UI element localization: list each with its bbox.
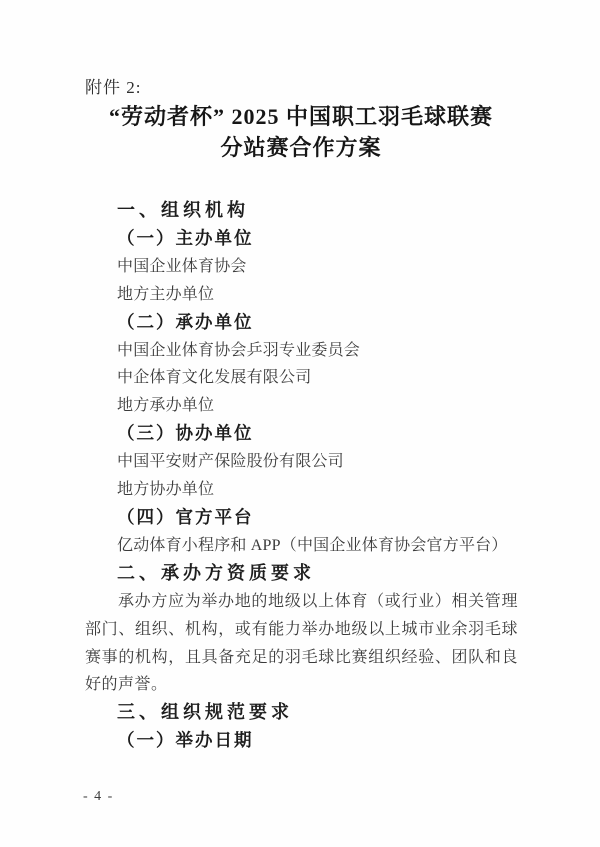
local-co-organizer-unit-line: 地方协办单位 (85, 476, 518, 504)
title-line-1: “劳动者杯” 2025 中国职工羽毛球联赛 (84, 101, 518, 132)
attachment-label: 附件 2: (85, 77, 141, 99)
subheading-event-date: （一）举办日期 (85, 727, 518, 755)
document-body: 一、组织机构 （一）主办单位 中国企业体育协会 地方主办单位 （二）承办单位 中… (85, 197, 518, 755)
subheading-host-unit: （一）主办单位 (85, 225, 518, 253)
document-title: “劳动者杯” 2025 中国职工羽毛球联赛 分站赛合作方案 (84, 101, 518, 163)
co-organizer-unit-line: 中国平安财产保险股份有限公司 (85, 448, 518, 476)
section-1-heading: 一、组织机构 (85, 197, 518, 225)
local-organizer-unit-line: 地方承办单位 (85, 392, 518, 420)
subheading-co-organizer-unit: （三）协办单位 (85, 420, 518, 448)
organizer-unit-line-2: 中企体育文化发展有限公司 (85, 364, 518, 392)
local-host-unit-line: 地方主办单位 (85, 281, 518, 309)
host-unit-line: 中国企业体育协会 (85, 253, 518, 281)
page-number: - 4 - (83, 789, 114, 805)
section-3-heading: 三、组织规范要求 (85, 699, 518, 727)
organizer-unit-line-1: 中国企业体育协会乒羽专业委员会 (85, 337, 518, 365)
title-line-2: 分站赛合作方案 (84, 132, 518, 163)
section-2-heading: 二、承办方资质要求 (85, 560, 518, 588)
document-page: 附件 2: “劳动者杯” 2025 中国职工羽毛球联赛 分站赛合作方案 一、组织… (0, 0, 600, 847)
qualification-requirements-paragraph: 承办方应为举办地的地级以上体育（或行业）相关管理部门、组织、机构，或有能力举办地… (85, 588, 518, 700)
subheading-official-platform: （四）官方平台 (85, 504, 518, 532)
subheading-organizer-unit: （二）承办单位 (85, 309, 518, 337)
official-platform-line: 亿动体育小程序和 APP（中国企业体育协会官方平台） (85, 532, 518, 560)
